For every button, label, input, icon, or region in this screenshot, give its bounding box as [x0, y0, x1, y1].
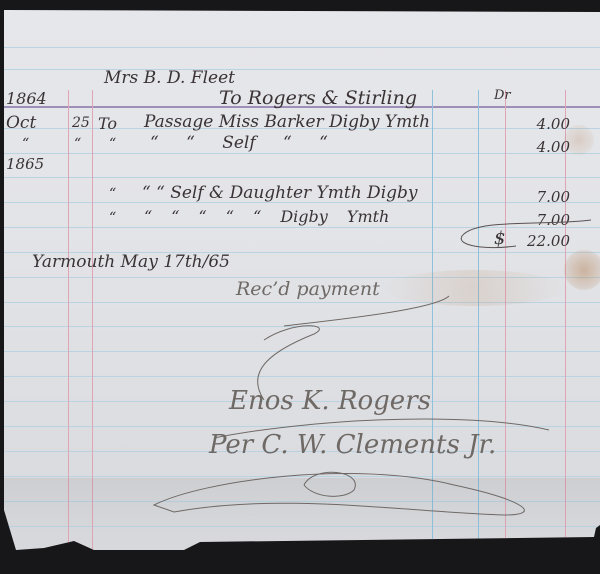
item-1-amount: 4.00: [510, 115, 570, 133]
item-3-description: “ “ Self & Daughter Ymth Digby: [142, 183, 418, 203]
customer-name: Mrs B. D. Fleet: [104, 68, 235, 88]
item-2-amount: 4.00: [510, 138, 570, 156]
item-4-prefix: “: [109, 210, 116, 226]
debit-label: Dr: [494, 88, 511, 103]
receipt-paper: Mrs B. D. Fleet 1864 To Rogers & Stirlin…: [4, 10, 600, 550]
signature-flourish: [204, 320, 564, 520]
year-1865: 1865: [6, 155, 44, 173]
item-3-amount: 7.00: [510, 188, 570, 206]
signature-per: Per C. W. Clements Jr.: [209, 430, 496, 460]
item-1-day: 25: [72, 115, 90, 131]
signature-name: Enos K. Rogers: [229, 386, 431, 416]
total-amount: 22.00: [510, 232, 570, 250]
item-1-month: Oct: [6, 113, 36, 133]
item-2-description: “ “ Self “ “: [150, 133, 328, 153]
item-2-prefix: “: [109, 136, 116, 152]
item-4-description: “ “ “ “ “ Digby Ymth: [144, 207, 389, 226]
item-3-prefix: “: [109, 186, 116, 202]
item-1-prefix: To: [98, 114, 117, 133]
item-2-day: “: [74, 136, 81, 152]
year-1864: 1864: [6, 89, 47, 108]
total-dollar-sign: $: [494, 228, 505, 249]
firm-name: To Rogers & Stirling: [219, 87, 417, 109]
item-2-month: “: [22, 136, 29, 152]
item-1-description: Passage Miss Barker Digby Ymth: [144, 112, 430, 132]
place-date: Yarmouth May 17th/65: [32, 252, 230, 272]
